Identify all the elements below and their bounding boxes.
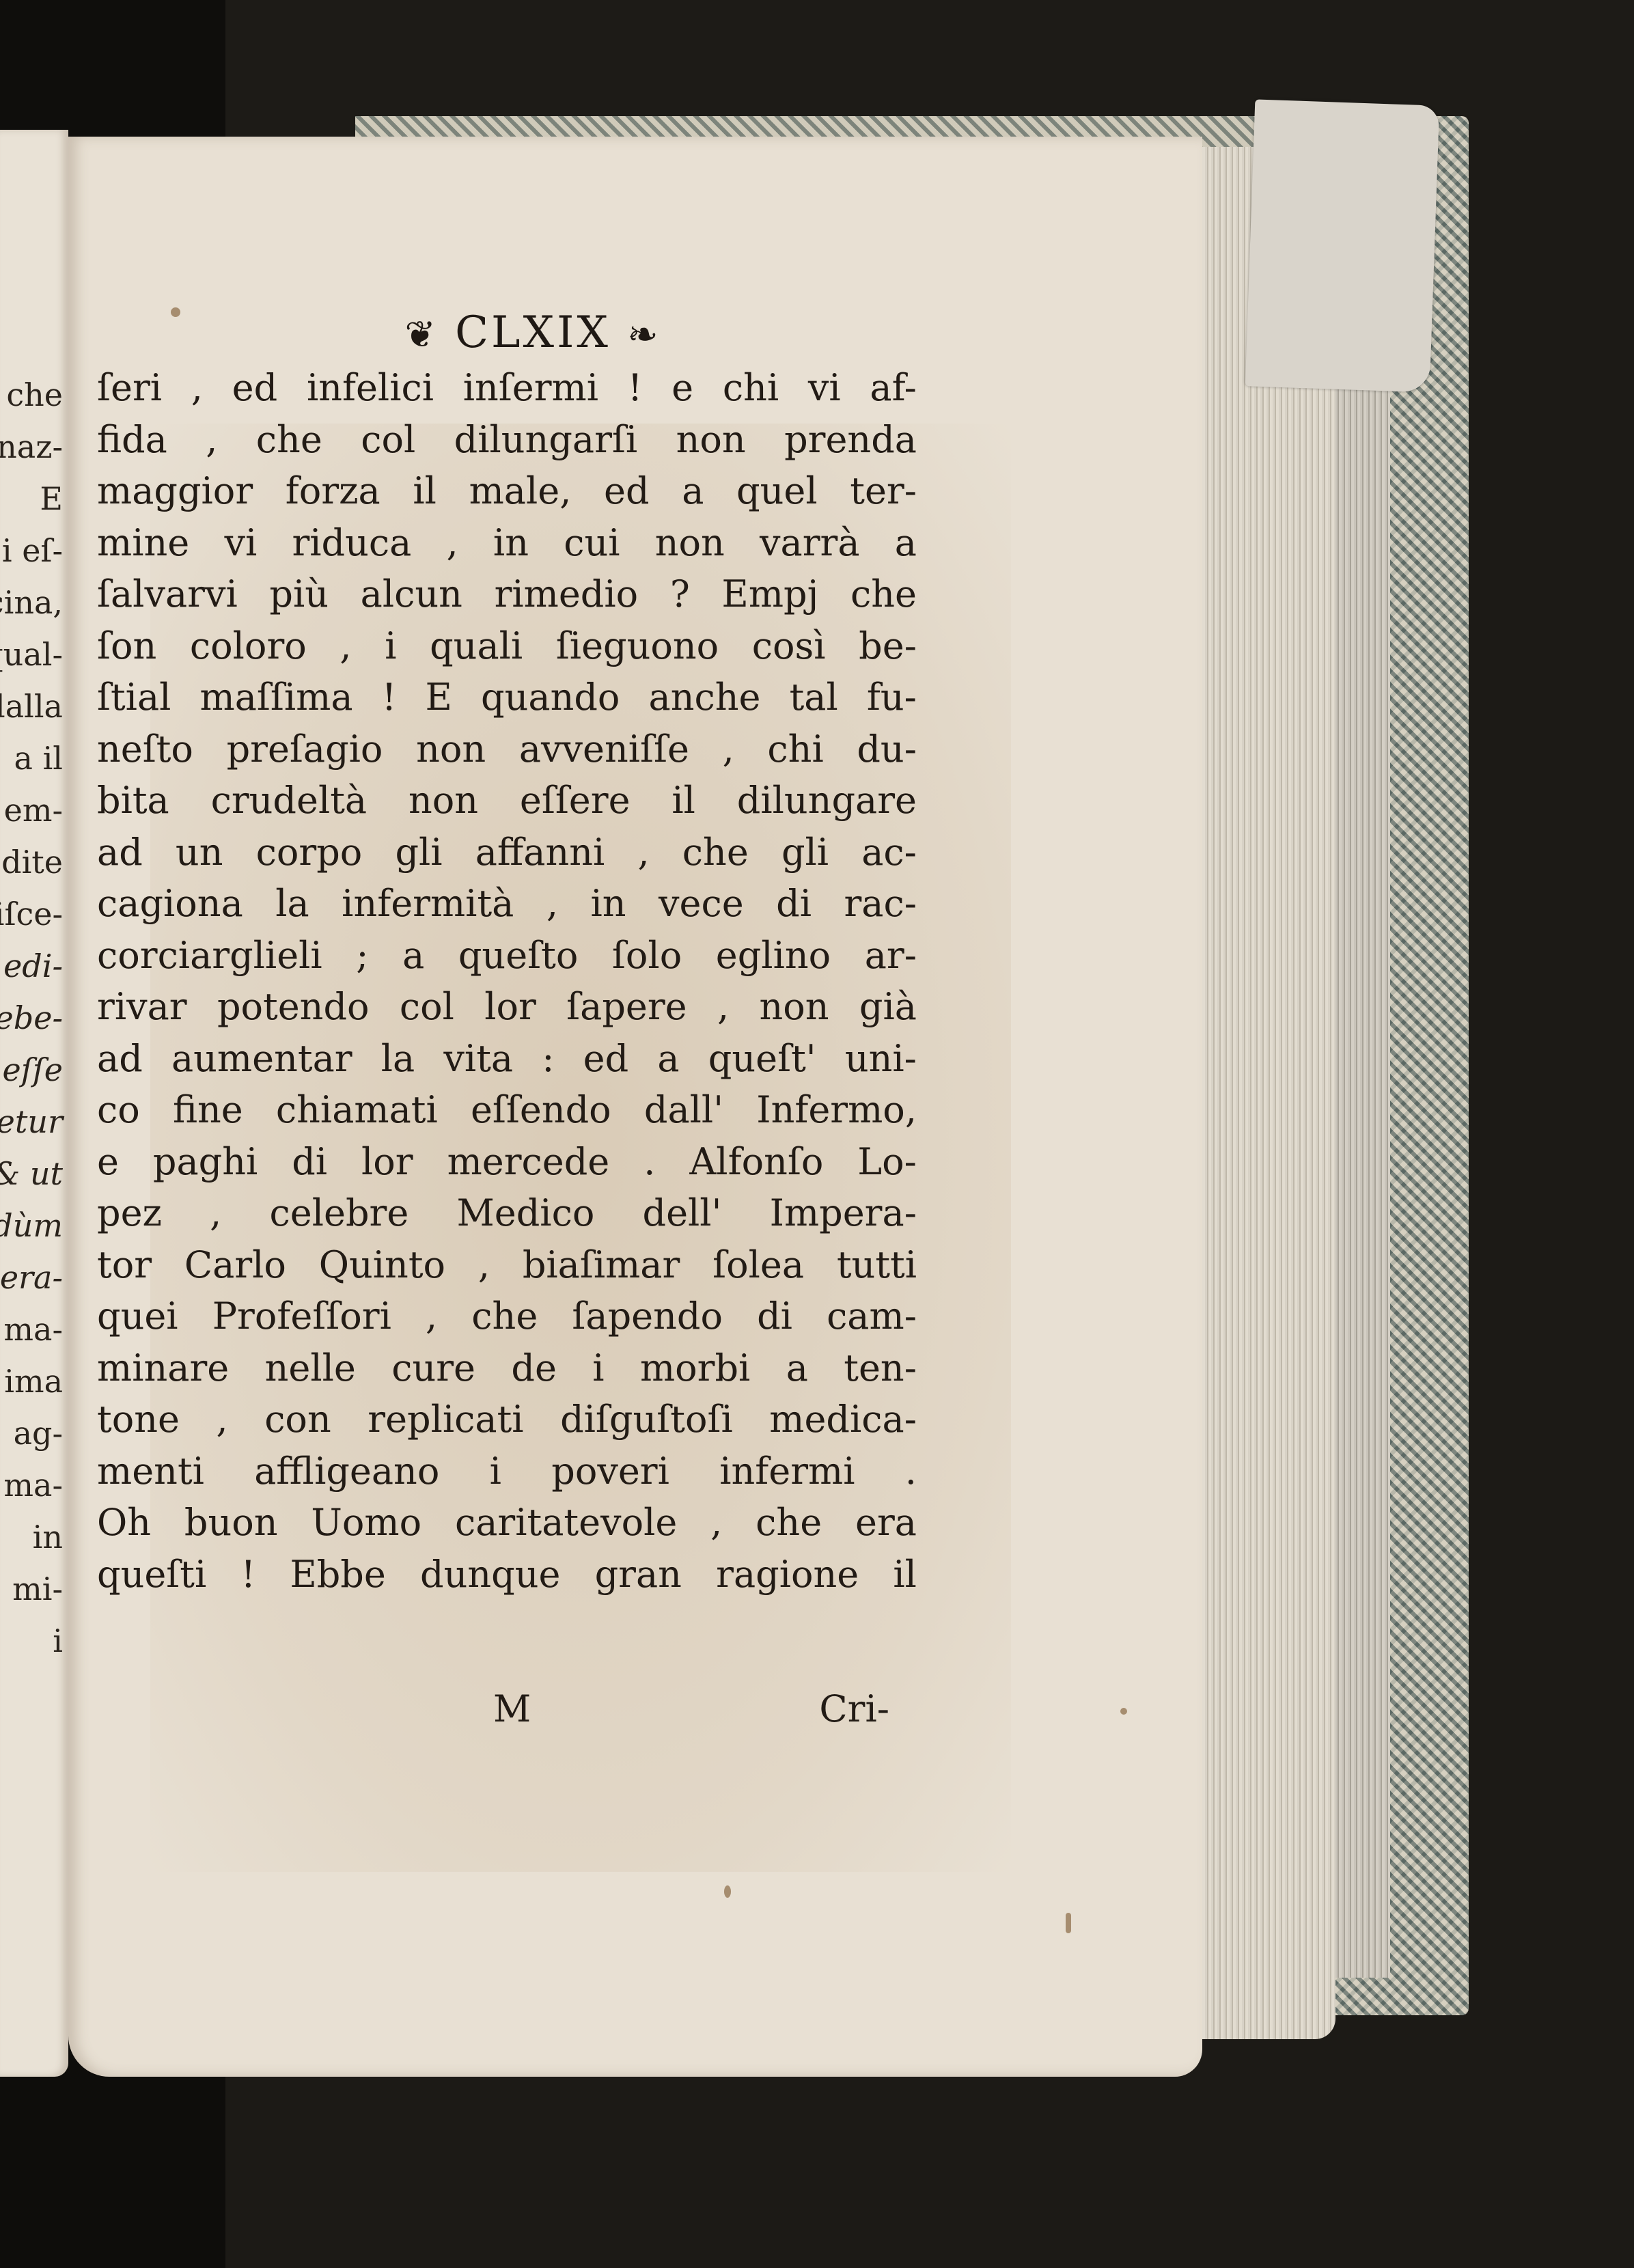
word: quel <box>736 465 818 517</box>
word: di <box>292 1136 327 1188</box>
word: lor <box>361 1136 413 1188</box>
word: co <box>97 1084 140 1136</box>
paper-speck <box>1120 1708 1127 1715</box>
word: . <box>643 1136 655 1188</box>
left-page-text-fragment: ma- <box>3 1314 63 1345</box>
word: ſolea <box>712 1239 804 1291</box>
word: già <box>859 981 917 1033</box>
word: fu- <box>867 672 917 723</box>
word: ſieguono <box>556 620 719 672</box>
left-page-text-fragment: era- <box>0 1262 63 1293</box>
word: male, <box>469 465 572 517</box>
word: caritatevole <box>455 1497 677 1549</box>
word: vece <box>659 878 744 930</box>
word: morbi <box>640 1342 750 1394</box>
word: Infermo, <box>756 1084 917 1136</box>
text-line: ſtialmaſſima!Equandoanchetalfu- <box>97 672 917 723</box>
word: che <box>471 1290 538 1342</box>
left-page-text-fragment: E <box>40 483 63 514</box>
left-page-text-fragment: & ut <box>0 1158 63 1189</box>
word: chi <box>723 362 779 414</box>
text-line: OhbuonUomocaritatevole,cheera <box>97 1497 917 1549</box>
word: pez <box>97 1187 162 1239</box>
word: ragione <box>716 1549 859 1601</box>
left-page-text-fragment: qual- <box>0 639 63 670</box>
word: Ebbe <box>290 1549 386 1601</box>
left-page-text-fragment: lebe- <box>0 1002 63 1034</box>
word: vita <box>443 1033 513 1085</box>
text-line: ſeri,edinfeliciinſermi!echiviaf- <box>97 362 917 414</box>
word: infelici <box>307 362 434 414</box>
text-line: bitacrudeltànoneſſereildilungare <box>97 775 917 827</box>
word: e <box>671 362 693 414</box>
text-line: neſtopreſagiononavveniſſe,chidu- <box>97 723 917 775</box>
catchword: Cri- <box>819 1687 889 1730</box>
word: ten- <box>844 1342 917 1394</box>
word: , <box>191 362 203 414</box>
left-page-text-fragment: dite <box>1 846 63 878</box>
word: rivar <box>97 981 187 1033</box>
word: ter- <box>850 465 917 517</box>
word: chi <box>767 723 823 775</box>
word: dunque <box>420 1549 560 1601</box>
word: ar- <box>865 930 917 982</box>
word: quando <box>481 672 620 723</box>
word: , <box>723 723 734 775</box>
word: i <box>490 1446 501 1497</box>
word: forza <box>286 465 380 517</box>
left-page-text-fragment: etur <box>0 1106 63 1137</box>
text-line: fida,checoldilungarſinonprenda <box>97 414 917 466</box>
word: infermità <box>342 878 514 930</box>
word: paghi <box>153 1136 258 1188</box>
word: , <box>210 1187 221 1239</box>
word: Lo- <box>857 1136 917 1188</box>
word: non <box>408 775 478 827</box>
torn-endpaper-flap <box>1245 99 1439 392</box>
word: medica- <box>769 1394 917 1446</box>
word: i <box>592 1342 604 1394</box>
word: gran <box>595 1549 682 1601</box>
word: chiamati <box>276 1084 438 1136</box>
left-page-text-fragment: mi- <box>12 1573 63 1605</box>
word: mine <box>97 517 189 569</box>
word: coloro <box>190 620 307 672</box>
word: inſermi <box>463 362 598 414</box>
page-edges-back <box>1335 147 1390 1978</box>
left-page-text-fragment: in <box>33 1521 63 1553</box>
word: gli <box>781 827 829 879</box>
word: Quinto <box>319 1239 445 1291</box>
word: eſſendo <box>471 1084 611 1136</box>
left-page-text-fragment: edi- <box>3 950 63 982</box>
word: minare <box>97 1342 229 1394</box>
word: celebre <box>270 1187 409 1239</box>
word: tor <box>97 1239 152 1291</box>
word: ed <box>583 1033 629 1085</box>
word: preſagio <box>227 723 383 775</box>
word: , <box>340 620 351 672</box>
word: cam- <box>827 1290 917 1342</box>
text-line: torCarloQuinto,biaſimarſoleatutti <box>97 1239 917 1291</box>
word: che <box>682 827 749 879</box>
word: rac- <box>844 878 917 930</box>
text-line: minarenellecuredeimorbiaten- <box>97 1342 917 1394</box>
word: col <box>400 981 454 1033</box>
word: un <box>176 827 223 879</box>
word: in <box>493 517 529 569</box>
word: affligeano <box>254 1446 439 1497</box>
signature-mark: M <box>493 1687 531 1730</box>
paper-speck <box>1066 1913 1071 1933</box>
word: poveri <box>551 1446 669 1497</box>
word: di <box>776 878 812 930</box>
word: tutti <box>837 1239 917 1291</box>
word: neſto <box>97 723 193 775</box>
word: be- <box>859 620 917 672</box>
word: che <box>850 568 917 620</box>
word: Profeſſori <box>212 1290 391 1342</box>
word: mercede <box>447 1136 610 1188</box>
text-line: tone,conreplicatidiſguſtoſimedica- <box>97 1394 917 1446</box>
text-line: cofinechiamatieſſendodall'Infermo, <box>97 1084 917 1136</box>
word: quali <box>430 620 523 672</box>
word: che <box>256 414 322 466</box>
text-line: aduncorpogliaffanni,chegliac- <box>97 827 917 879</box>
word: , <box>206 414 217 466</box>
word: fine <box>173 1084 243 1136</box>
page-edges-stack <box>1199 147 1335 2039</box>
word: Uomo <box>311 1497 421 1549</box>
running-head: ❦ CLXIX ❧ <box>342 307 724 358</box>
word: ad <box>97 827 143 879</box>
page-number-roman: CLXIX <box>455 307 611 358</box>
word: E <box>426 672 452 723</box>
word: , <box>478 1239 490 1291</box>
word: infermi <box>719 1446 855 1497</box>
word: de <box>511 1342 557 1394</box>
word: Oh <box>97 1497 151 1549</box>
word: buon <box>184 1497 278 1549</box>
left-facing-page: chenaz-Ei eſ-cina,qual-dallaa ilem-ditei… <box>0 130 68 2077</box>
word: replicati <box>368 1394 523 1446</box>
word: ed <box>232 362 278 414</box>
word: du- <box>857 723 917 775</box>
word: corciarglieli <box>97 930 322 982</box>
text-line: corciarglieli;aqueſtoſoloeglinoar- <box>97 930 917 982</box>
word: aumentar <box>171 1033 352 1085</box>
word: : <box>542 1033 554 1085</box>
text-line: maggiorforzailmale,edaquelter- <box>97 465 917 517</box>
word: , <box>710 1497 722 1549</box>
left-page-text-fragment: i eſ- <box>2 535 63 566</box>
left-page-text-fragment: a il <box>14 743 63 774</box>
word: ſon <box>97 620 156 672</box>
fleuron-right-icon: ❧ <box>627 313 661 356</box>
word: vi <box>224 517 257 569</box>
word: corpo <box>256 827 363 879</box>
left-page-text-fragment: che <box>6 379 63 411</box>
word: varrà <box>760 517 860 569</box>
word: con <box>264 1394 331 1446</box>
word: eſſere <box>520 775 631 827</box>
word: , <box>426 1290 437 1342</box>
word: bita <box>97 775 169 827</box>
word: . <box>905 1446 917 1497</box>
word: di <box>757 1290 792 1342</box>
left-page-text-fragment: dùm <box>0 1210 63 1241</box>
word: ac- <box>861 827 917 879</box>
word: Carlo <box>184 1239 286 1291</box>
word: che <box>756 1497 822 1549</box>
text-line: cagionalainfermità,invecedirac- <box>97 878 917 930</box>
left-page-text-fragment: ma- <box>3 1469 63 1501</box>
word: ! <box>240 1549 255 1601</box>
text-line: rivarpotendocollorſapere,nongià <box>97 981 917 1033</box>
word: , <box>216 1394 227 1446</box>
word: ſapere <box>566 981 687 1033</box>
word: tone <box>97 1394 180 1446</box>
word: a <box>657 1033 679 1085</box>
word: non <box>676 414 746 466</box>
catchline: M Cri- <box>97 1687 917 1742</box>
word: e <box>97 1136 119 1188</box>
word: tal <box>790 672 838 723</box>
word: ſolo <box>612 930 682 982</box>
word: ſapendo <box>572 1290 723 1342</box>
word: fida <box>97 414 167 466</box>
word: , <box>637 827 649 879</box>
word: non <box>759 981 829 1033</box>
word: cui <box>564 517 620 569</box>
word: a <box>895 517 917 569</box>
word: cure <box>391 1342 475 1394</box>
word: prenda <box>784 414 917 466</box>
word: ſtial <box>97 672 171 723</box>
body-text: ſeri,edinfeliciinſermi!echiviaf-fida,che… <box>97 362 917 1600</box>
word: menti <box>97 1446 204 1497</box>
word: più <box>269 568 329 620</box>
word: , <box>717 981 729 1033</box>
word: ad <box>97 1033 143 1085</box>
word: cagiona <box>97 878 243 930</box>
word: a <box>682 465 704 517</box>
word: Impera- <box>770 1187 917 1239</box>
word: i <box>385 620 396 672</box>
word: biaſimar <box>523 1239 680 1291</box>
word: la <box>381 1033 415 1085</box>
word: la <box>275 878 309 930</box>
left-page-text-fragment: i <box>53 1625 63 1657</box>
word: col <box>361 414 415 466</box>
left-page-text-fragment: cina, <box>0 587 63 618</box>
word: gli <box>395 827 442 879</box>
word: ? <box>670 568 690 620</box>
text-line: queiProfeſſori,cheſapendodicam- <box>97 1290 917 1342</box>
text-line: mentiaffligeanoipoveriinfermi. <box>97 1446 917 1497</box>
word: dell' <box>643 1187 722 1239</box>
word: ! <box>628 362 643 414</box>
word: nelle <box>265 1342 356 1394</box>
word: a <box>402 930 424 982</box>
word: era <box>855 1497 917 1549</box>
word: crudeltà <box>211 775 368 827</box>
text-line: ſoncoloro,iqualiſieguonocosìbe- <box>97 620 917 672</box>
left-page-text-fragment: em- <box>4 794 63 826</box>
word: avveniſſe <box>519 723 689 775</box>
word: dilungarſi <box>454 414 638 466</box>
word: Empj <box>721 568 818 620</box>
text-line: adaumentarlavita:edaqueſt'uni- <box>97 1033 917 1085</box>
word: Alfonſo <box>689 1136 823 1188</box>
word: il <box>413 465 437 517</box>
fleuron-left-icon: ❦ <box>404 313 438 356</box>
paper-speck <box>724 1885 731 1898</box>
word: queſto <box>458 930 579 982</box>
word: vi <box>808 362 841 414</box>
left-page-text-fragment: eſſe <box>3 1054 64 1085</box>
word: rimedio <box>495 568 639 620</box>
word: dilungare <box>737 775 917 827</box>
word: , <box>447 517 458 569</box>
word: af- <box>870 362 917 414</box>
word: ſeri <box>97 362 162 414</box>
word: quei <box>97 1290 178 1342</box>
word: a <box>786 1342 808 1394</box>
text-line: mineviriduca,incuinonvarràa <box>97 517 917 569</box>
text-line: pez,celebreMedicodell'Impera- <box>97 1187 917 1239</box>
word: affanni <box>475 827 605 879</box>
word: lor <box>484 981 536 1033</box>
word: anche <box>649 672 761 723</box>
word: maſſima <box>200 672 353 723</box>
left-page-text-fragment: naz- <box>0 431 63 462</box>
word: così <box>752 620 826 672</box>
left-page-text-fragment: ima <box>4 1366 63 1397</box>
word: il <box>893 1549 917 1601</box>
word: potendo <box>217 981 370 1033</box>
word: non <box>655 517 725 569</box>
word: riduca <box>292 517 411 569</box>
word: ; <box>356 930 368 982</box>
word: in <box>590 878 626 930</box>
word: uni- <box>845 1033 917 1085</box>
word: ſalvarvi <box>97 568 238 620</box>
left-page-text-fragment: ag- <box>14 1417 63 1449</box>
word: il <box>671 775 695 827</box>
word: queſti <box>97 1549 206 1601</box>
word: diſguſtoſi <box>560 1394 733 1446</box>
word: , <box>546 878 558 930</box>
word: ! <box>382 672 397 723</box>
text-line: ſalvarvipiùalcunrimedio?Empjche <box>97 568 917 620</box>
word: queſt' <box>708 1033 816 1085</box>
word: ed <box>604 465 650 517</box>
left-page-text-fragment: iſce- <box>0 898 63 930</box>
text-line: epaghidilormercede.AlfonſoLo- <box>97 1136 917 1188</box>
word: dall' <box>644 1084 723 1136</box>
word: alcun <box>361 568 462 620</box>
paper-speck <box>171 307 180 317</box>
word: eglino <box>716 930 831 982</box>
word: Medico <box>456 1187 594 1239</box>
left-page-text-fragment: dalla <box>0 691 63 722</box>
word: non <box>416 723 486 775</box>
text-line: queſti!Ebbedunquegranragioneil <box>97 1549 917 1601</box>
word: maggior <box>97 465 253 517</box>
